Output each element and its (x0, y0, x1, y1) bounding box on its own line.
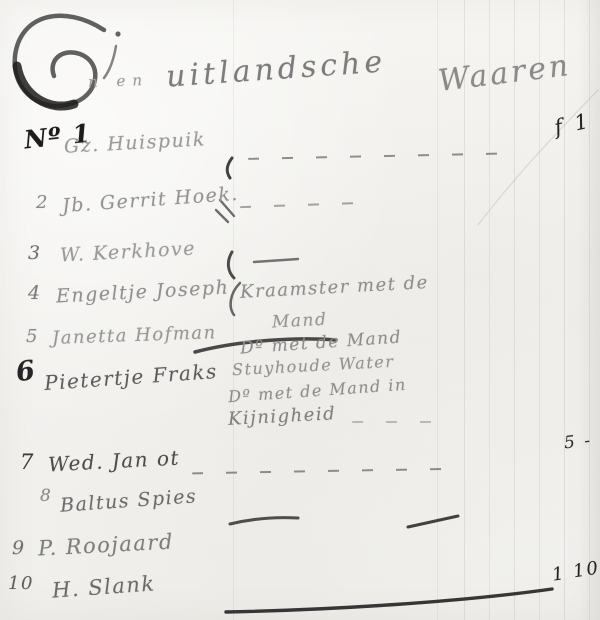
header-small-words: n en (88, 71, 150, 91)
entry-number: 9 (12, 537, 26, 559)
ink-stroke (230, 518, 298, 524)
ledger-page: n en uitlandsche Waaren Nº 1 Gz. Huispui… (0, 0, 600, 620)
entry-number: 10 (8, 573, 34, 594)
ink-stroke (231, 283, 240, 315)
ink-stroke (226, 589, 552, 612)
entry-number: 7 (20, 450, 35, 474)
note-line: Mand (272, 310, 328, 333)
ink-stroke (408, 516, 458, 527)
dash-line (352, 421, 440, 423)
entry-number: 6 (14, 355, 38, 389)
ink-stroke (227, 158, 232, 178)
entry-number: 4 (28, 282, 42, 304)
entry-number: 5 (26, 326, 39, 347)
entry-number: 3 (28, 242, 42, 264)
amount: 5 - (563, 431, 593, 454)
entry-number: 2 (36, 192, 49, 213)
entry-number: 8 (40, 486, 52, 506)
ink-stroke (254, 259, 298, 262)
flourish-dot-icon (115, 31, 120, 36)
flourish-initial-icon (17, 66, 74, 106)
ink-stroke (228, 252, 234, 278)
